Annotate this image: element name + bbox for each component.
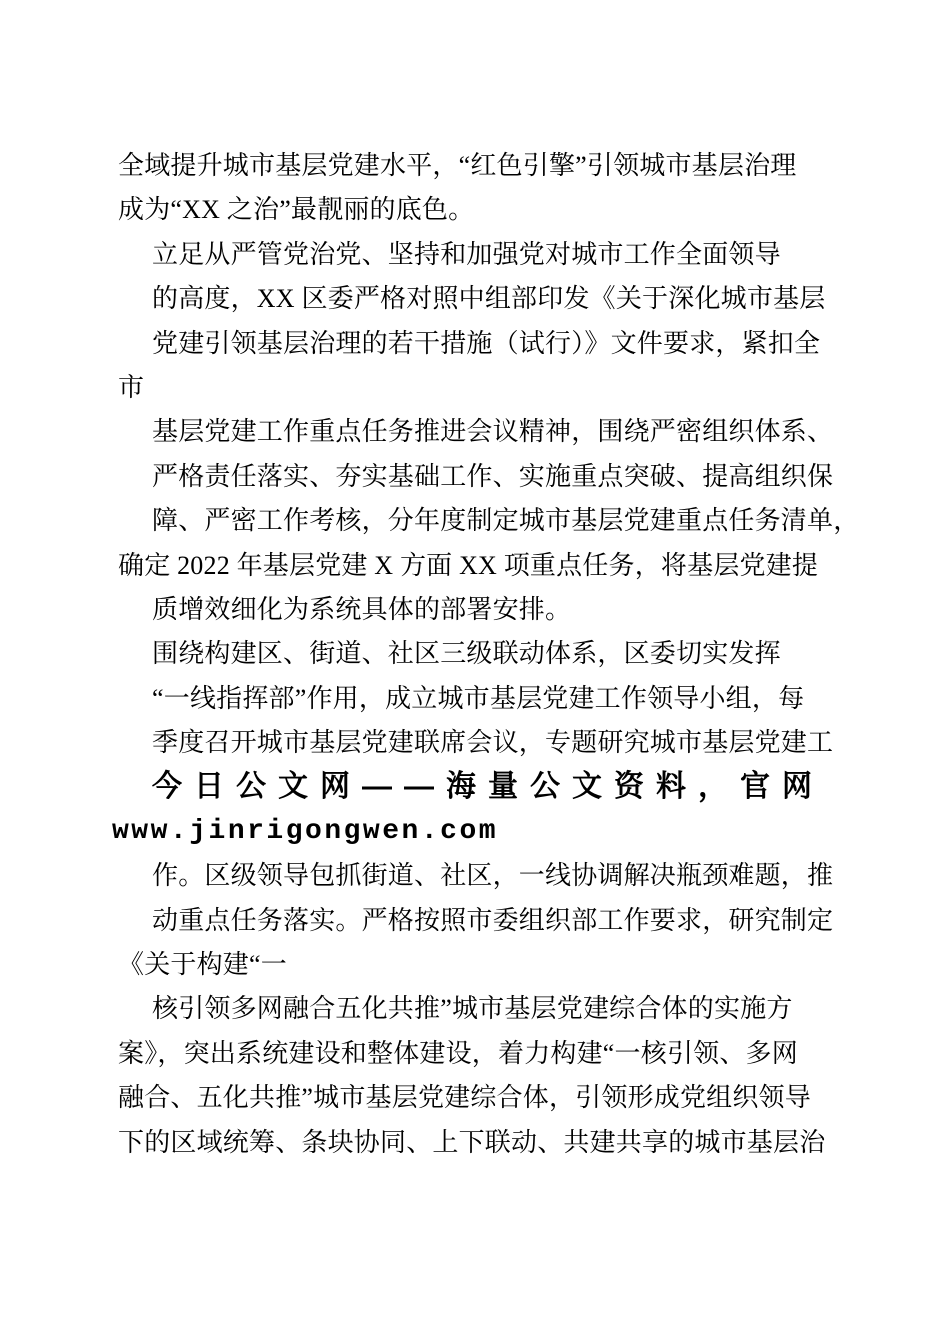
text-line: 确定 2022 年基层党建 X 方面 XX 项重点任务，将基层党建提 [118, 544, 834, 588]
text-line: 季度召开城市基层党建联席会议，专题研究城市基层党建工 [118, 721, 834, 765]
text-line: “一线指挥部”作用，成立城市基层党建工作领导小组，每 [118, 677, 834, 721]
text-line: 成为“XX 之治”最靓丽的底色。 [118, 188, 834, 232]
text-line: 障、严密工作考核，分年度制定城市基层党建重点任务清单， [118, 499, 834, 543]
text-line: 质增效细化为系统具体的部署安排。 [118, 588, 834, 632]
text-line: 《关于构建“一 [118, 943, 834, 987]
watermark-url: www.jinrigongwen.com [112, 810, 834, 854]
text-line: 党建引领基层治理的若干措施（试行）》文件要求，紧扣全 [118, 322, 834, 366]
text-line: 融合、五化共推”城市基层党建综合体，引领形成党组织领导 [118, 1076, 834, 1120]
text-line: 动重点任务落实。严格按照市委组织部工作要求，研究制定 [118, 899, 834, 943]
text-line: 全域提升城市基层党建水平，“红色引擎”引领城市基层治理 [118, 144, 834, 188]
text-line: 立足从严管党治党、坚持和加强党对城市工作全面领导 [118, 233, 834, 277]
text-line: 市 [118, 366, 834, 410]
text-line: 基层党建工作重点任务推进会议精神，围绕严密组织体系、 [118, 410, 834, 454]
text-line: 案》，突出系统建设和整体建设，着力构建“一核引领、多网 [118, 1032, 834, 1076]
text-line: 核引领多网融合五化共推”城市基层党建综合体的实施方 [118, 987, 834, 1031]
text-line: 作。区级领导包抓街道、社区，一线协调解决瓶颈难题，推 [118, 854, 834, 898]
text-line: 下的区域统筹、条块协同、上下联动、共建共享的城市基层治 [118, 1121, 834, 1165]
watermark-title: 今日公文网——海量公文资料，官网 [118, 765, 834, 809]
text-line: 围绕构建区、街道、社区三级联动体系，区委切实发挥 [118, 632, 834, 676]
document-page: 全域提升城市基层党建水平，“红色引擎”引领城市基层治理成为“XX 之治”最靓丽的… [0, 0, 950, 1344]
text-line: 严格责任落实、夯实基础工作、实施重点突破、提高组织保 [118, 455, 834, 499]
document-body: 全域提升城市基层党建水平，“红色引擎”引领城市基层治理成为“XX 之治”最靓丽的… [118, 144, 834, 1165]
text-line: 的高度，XX 区委严格对照中组部印发《关于深化城市基层 [118, 277, 834, 321]
